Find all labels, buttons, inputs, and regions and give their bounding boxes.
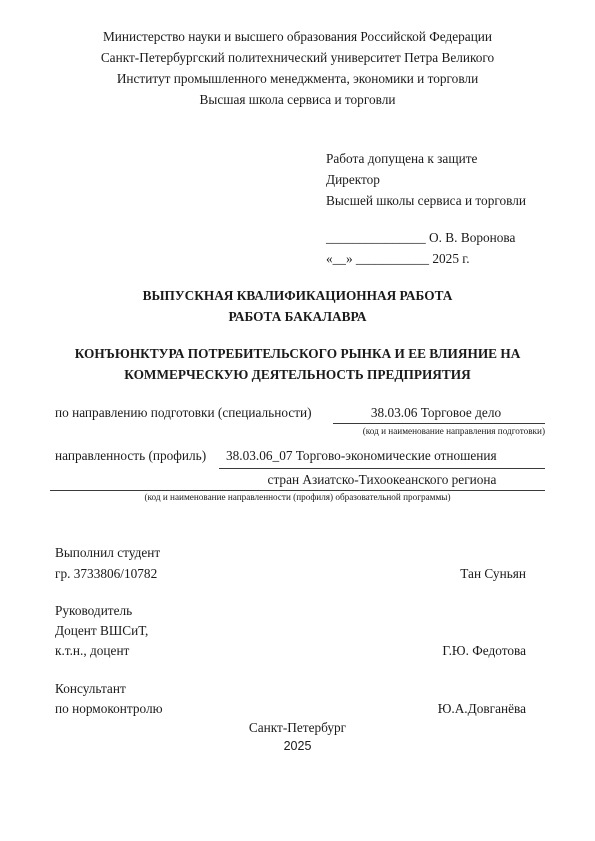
institute-line: Институт промышленного менеджмента, экон…: [0, 71, 595, 87]
consultant-role: Консультант: [55, 681, 126, 697]
supervisor-position: Доцент ВШСиТ,: [55, 623, 148, 639]
topic-title-line2: КОММЕРЧЕСКУЮ ДЕЯТЕЛЬНОСТЬ ПРЕДПРИЯТИЯ: [0, 367, 595, 383]
profile-underline-2: [50, 490, 545, 491]
work-type-title: ВЫПУСКНАЯ КВАЛИФИКАЦИОННАЯ РАБОТА: [0, 288, 595, 304]
profile-value-line2: стран Азиатско-Тихоокеанского региона: [219, 472, 545, 488]
university-line: Санкт-Петербургский политехнический унив…: [0, 50, 595, 66]
topic-title-line1: КОНЪЮНКТУРА ПОТРЕБИТЕЛЬСКОГО РЫНКА И ЕЕ …: [0, 346, 595, 362]
profile-value-line1: 38.03.06_07 Торгово-экономические отноше…: [226, 448, 497, 464]
direction-value: 38.03.06 Торговое дело: [331, 405, 541, 421]
approver-department: Высшей школы сервиса и торговли: [326, 193, 526, 209]
supervisor-name: Г.Ю. Федотова: [442, 643, 526, 659]
student-group: гр. 3733806/10782: [55, 566, 157, 582]
student-name: Тан Суньян: [460, 566, 526, 582]
supervisor-degree: к.т.н., доцент: [55, 643, 129, 659]
direction-label: по направлению подготовки (специальности…: [55, 405, 312, 421]
consultant-area: по нормоконтролю: [55, 701, 163, 717]
approver-signature: _______________ О. В. Воронова: [326, 230, 515, 246]
footer-year: 2025: [0, 739, 595, 753]
school-line: Высшая школа сервиса и торговли: [0, 92, 595, 108]
direction-underline: [333, 423, 545, 424]
footer-city: Санкт-Петербург: [0, 720, 595, 736]
ministry-line: Министерство науки и высшего образования…: [0, 29, 595, 45]
direction-caption: (код и наименование направления подготов…: [310, 426, 545, 436]
profile-label: направленность (профиль): [55, 448, 206, 464]
supervisor-role: Руководитель: [55, 603, 132, 619]
profile-underline-1: [219, 468, 545, 469]
profile-caption: (код и наименование направленности (проф…: [50, 492, 545, 502]
student-role: Выполнил студент: [55, 545, 160, 561]
work-type-subtitle: РАБОТА БАКАЛАВРА: [0, 309, 595, 325]
approval-statement: Работа допущена к защите: [326, 151, 477, 167]
approver-title: Директор: [326, 172, 380, 188]
approval-date: «__» ___________ 2025 г.: [326, 251, 470, 267]
consultant-name: Ю.А.Довганёва: [438, 701, 526, 717]
